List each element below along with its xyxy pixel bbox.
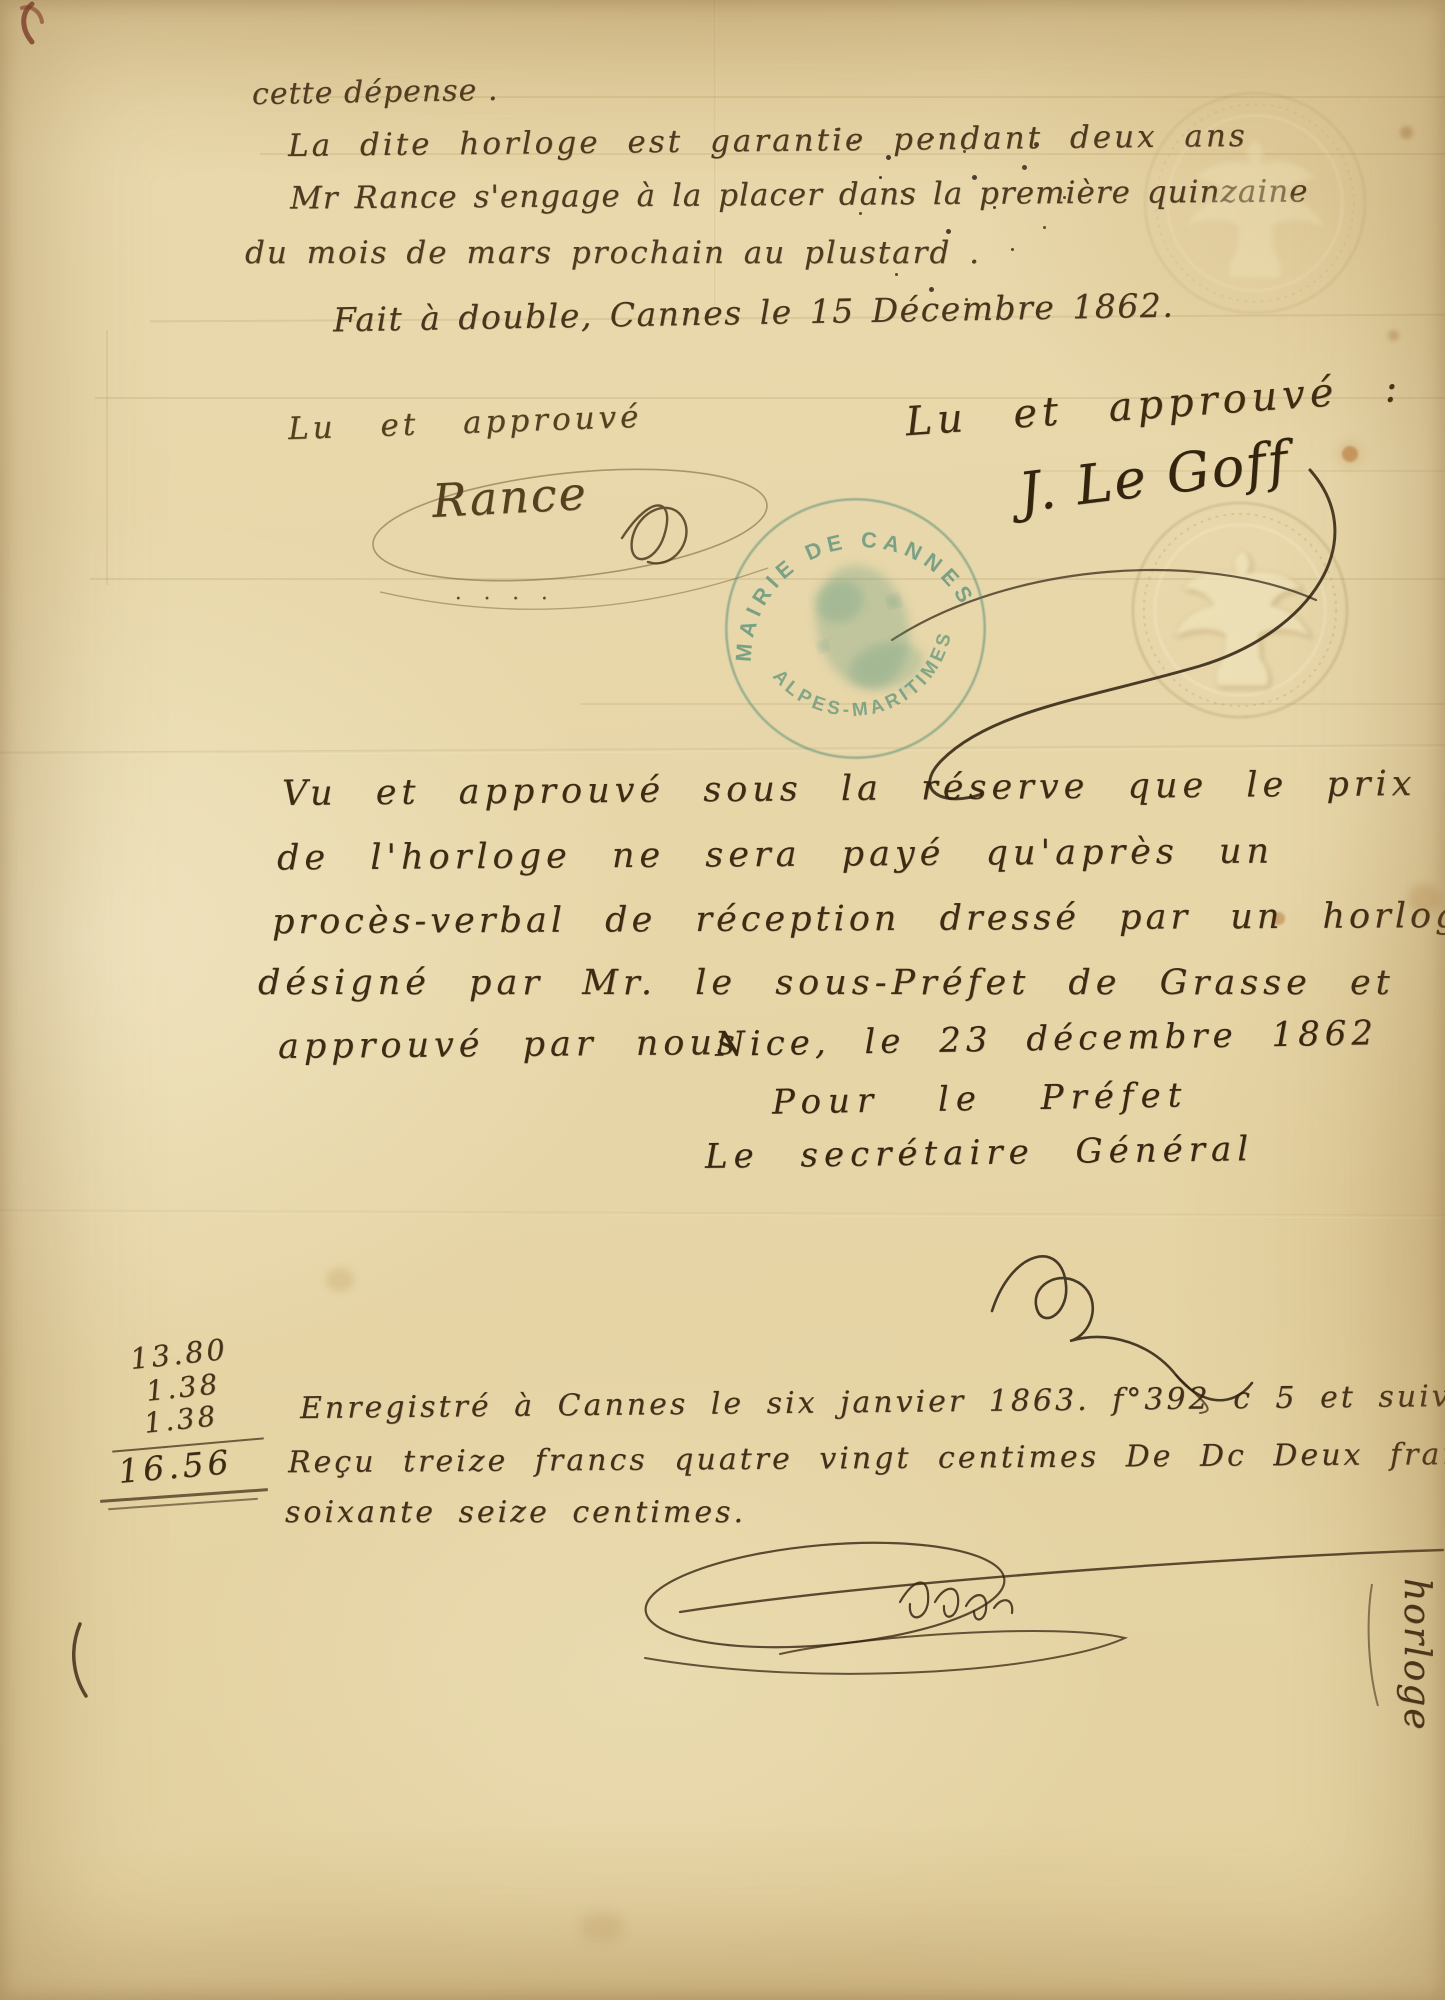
handwritten-line: La dite horloge est garantie pendant deu… xyxy=(288,121,1248,162)
accounting-total: 16.56 xyxy=(117,1445,234,1488)
paragraph-line: de l'horloge ne sera payé qu'après un xyxy=(277,835,1274,877)
registrar-signature xyxy=(600,1520,1445,1690)
approval-right-label: Lu et approuvé : xyxy=(904,368,1404,443)
paragraph-line: désigné par Mr. le sous-Préfet de Grasse… xyxy=(258,966,1395,1001)
foxing-spot xyxy=(1400,126,1413,139)
prefecture-dateline: Nice, le 23 décembre 1862 xyxy=(715,1016,1379,1062)
handwritten-line: cette dépense . xyxy=(252,76,499,110)
pen-mark-bottom-left xyxy=(62,1618,102,1702)
rance-signature: Rance xyxy=(431,470,589,524)
paragraph-line: procès-verbal de réception dressé par un… xyxy=(272,899,1445,940)
corner-red-mark xyxy=(12,0,58,50)
handwritten-line: du mois de mars prochain au plustard . xyxy=(245,238,981,269)
paragraph-line: approuvé par nous xyxy=(278,1026,740,1065)
foxing-spot xyxy=(1388,330,1399,341)
secretary-signature xyxy=(950,1215,1330,1415)
bleedthrough-line xyxy=(106,330,108,585)
registration-line: Reçu treize francs quatre vingt centimes… xyxy=(288,1440,1445,1478)
approval-left-label: Lu et approuvé xyxy=(288,402,643,445)
manuscript-page: cette dépense . La dite horloge est gara… xyxy=(0,0,1445,2000)
prefecture-line: Pour le Préfet xyxy=(772,1078,1189,1119)
prefecture-line: Le secrétaire Général xyxy=(705,1132,1255,1174)
foxing-spot xyxy=(326,1268,354,1292)
embossed-seal-top xyxy=(1138,86,1372,324)
foxing-spot xyxy=(580,1912,624,1942)
handwritten-dateline: Fait à double, Cannes le 15 Décembre 186… xyxy=(333,289,1175,337)
accounting-value: 1.38 xyxy=(143,1402,220,1438)
